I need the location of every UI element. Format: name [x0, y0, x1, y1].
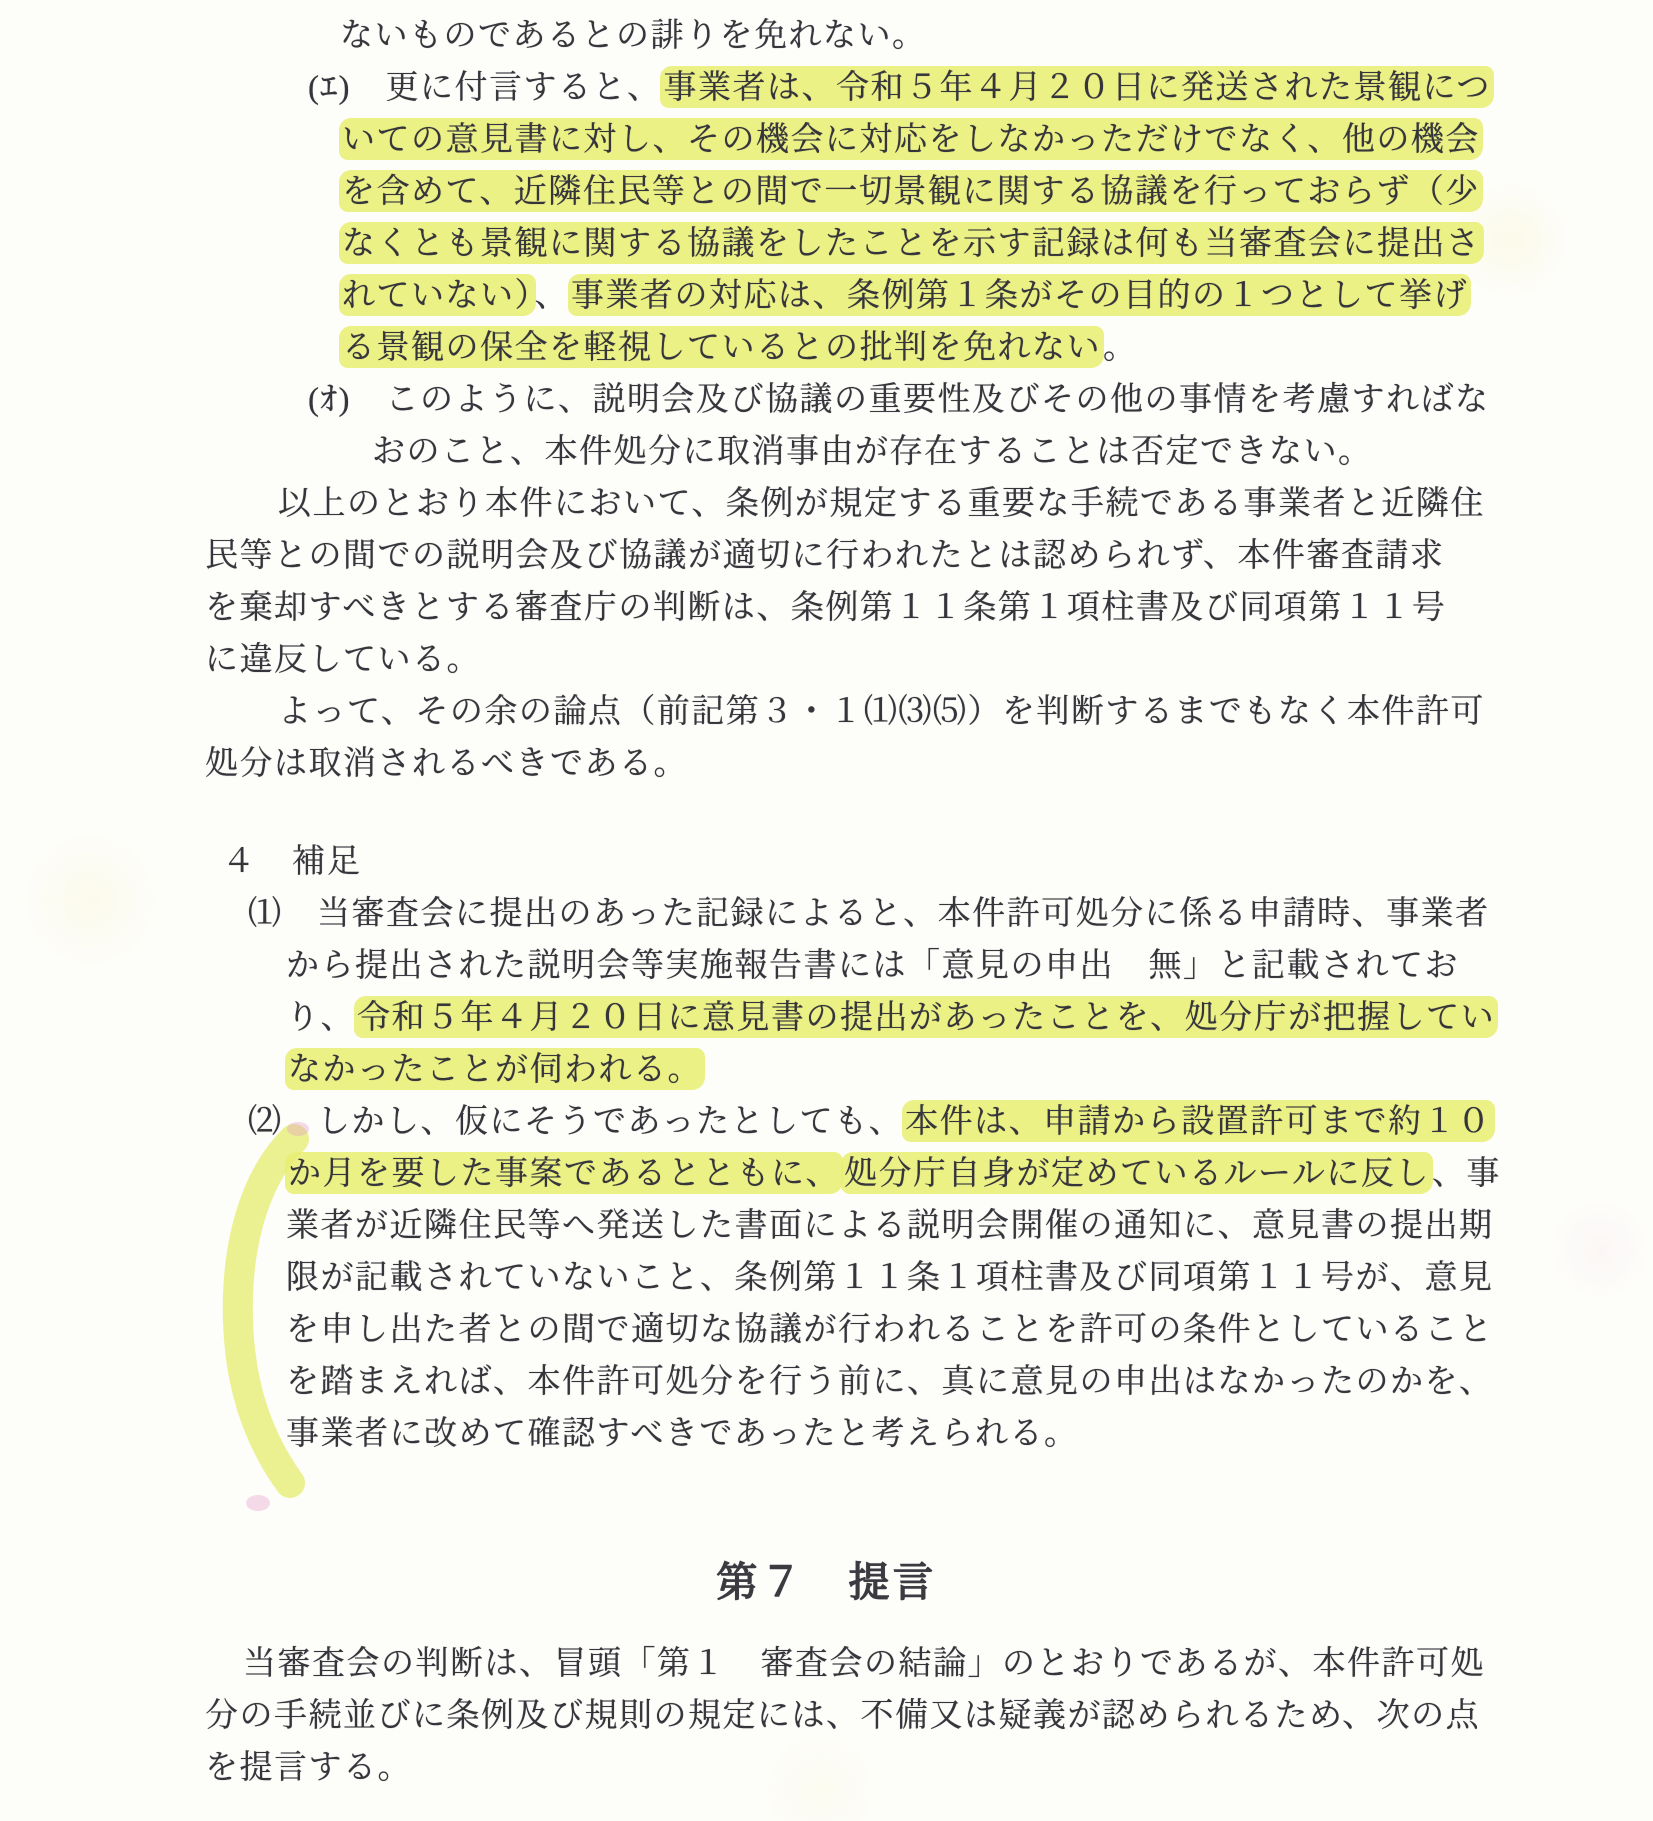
list-item-e: (ｴ) 更に付言すると、事業者は、令和５年４月２０日に発送された景観についての意… — [0, 62, 1653, 374]
text-line: れていない）、事業者の対応は、条例第１条がその目的の１つとして挙げ — [340, 270, 1653, 322]
text-line: 業者が近隣住民等へ発送した書面による説明会開催の通知に、意見書の提出期 — [286, 1200, 1653, 1252]
text-line: を棄却すべきとする審査庁の判断は、条例第１１条第１項柱書及び同項第１１号 — [205, 582, 1653, 634]
text-segment: 、 — [535, 278, 570, 314]
section-heading-hosoku: ４ 補足 — [222, 836, 1653, 888]
text-segment: 業者が近隣住民等へ発送した書面による説明会開催の通知に、意見書の提出期 — [286, 1208, 1494, 1244]
highlighted-text: を含めて、近隣住民等との間で一切景観に関する協議を行っておらず（少 — [339, 170, 1483, 212]
text-line: に違反している。 — [205, 634, 1653, 686]
text-line: を提言する。 — [205, 1742, 1653, 1794]
text-segment: を申し出た者との間で適切な協議が行われることを許可の条件としていること — [286, 1312, 1494, 1348]
text-line: 処分は取消されるべきである。 — [205, 738, 1653, 790]
text-line: 当審査会の判断は、冒頭「第１ 審査会の結論」のとおりであるが、本件許可処 — [243, 1638, 1653, 1690]
highlighted-text: れていない） — [339, 274, 536, 316]
text-line: から提出された説明会等実施報告書には「意見の申出 無」と記載されてお — [286, 940, 1653, 992]
text-line: ⑵ しかし、仮にそうであったとしても、本件は、申請から設置許可まで約１０ — [248, 1096, 1653, 1148]
text-segment: (ｵ) このように、説明会及び協議の重要性及びその他の事情を考慮すればな — [308, 382, 1489, 418]
highlighted-text: 令和５年４月２０日に意見書の提出があったことを、処分庁が把握してい — [354, 996, 1498, 1038]
text-segment: 事業者に改めて確認すべきであったと考えられる。 — [286, 1416, 1079, 1452]
list-item-o: (ｵ) このように、説明会及び協議の重要性及びその他の事情を考慮すればなおのこと… — [0, 374, 1653, 478]
text-line: (ｵ) このように、説明会及び協議の重要性及びその他の事情を考慮すればな — [308, 374, 1653, 426]
text-segment: よって、その余の論点（前記第３・１⑴⑶⑸）を判断するまでもなく本件許可 — [278, 694, 1485, 730]
text-line: 限が記載されていないこと、条例第１１条１項柱書及び同項第１１号が、意見 — [286, 1252, 1653, 1304]
text-line: を踏まえれば、本件許可処分を行う前に、真に意見の申出はなかったのかを、 — [286, 1356, 1653, 1408]
text-line: か月を要した事案であるとともに、処分庁自身が定めているルールに反し、事 — [286, 1148, 1653, 1200]
section-heading-teigen: 第７ 提言 — [0, 1552, 1653, 1612]
text-segment: 。 — [1103, 330, 1138, 366]
highlighted-text: 事業者は、令和５年４月２０日に発送された景観につ — [660, 66, 1493, 108]
text-segment: 処分は取消されるべきである。 — [205, 746, 688, 782]
text-line: ないものであるとの誹りを免れない。 — [340, 10, 1653, 62]
text-line: 民等との間での説明会及び協議が適切に行われたとは認められず、本件審査請求 — [205, 530, 1653, 582]
text-segment: を棄却すべきとする審査庁の判断は、条例第１１条第１項柱書及び同項第１１号 — [205, 590, 1446, 626]
text-segment: を提言する。 — [205, 1750, 412, 1786]
text-line: 以上のとおり本件において、条例が規定する重要な手続である事業者と近隣住 — [278, 478, 1653, 530]
text-segment: に違反している。 — [205, 642, 481, 678]
highlighted-text: 処分庁自身が定めているルールに反し — [841, 1152, 1433, 1194]
paragraph-yotte-revocation: よって、その余の論点（前記第３・１⑴⑶⑸）を判断するまでもなく本件許可処分は取消… — [0, 686, 1653, 790]
hosoku-item-2: ⑵ しかし、仮にそうであったとしても、本件は、申請から設置許可まで約１０か月を要… — [0, 1096, 1653, 1460]
text-segment: 当審査会の判断は、冒頭「第１ 審査会の結論」のとおりであるが、本件許可処 — [243, 1646, 1485, 1682]
text-line: り、令和５年４月２０日に意見書の提出があったことを、処分庁が把握してい — [286, 992, 1653, 1044]
text-segment: ⑵ しかし、仮にそうであったとしても、 — [248, 1104, 903, 1140]
text-segment: おのこと、本件処分に取消事由が存在することは否定できない。 — [372, 434, 1373, 470]
hosoku-item-1: ⑴ 当審査会に提出のあった記録によると、本件許可処分に係る申請時、事業者から提出… — [0, 888, 1653, 1096]
text-line: る景観の保全を軽視しているとの批判を免れない。 — [340, 322, 1653, 374]
text-line: いての意見書に対し、その機会に対応をしなかっただけでなく、他の機会 — [340, 114, 1653, 166]
text-line: を申し出た者との間で適切な協議が行われることを許可の条件としていること — [286, 1304, 1653, 1356]
text-segment: 、事 — [1432, 1156, 1501, 1192]
highlighted-text: る景観の保全を軽視しているとの批判を免れない — [339, 326, 1104, 368]
text-segment: 分の手続並びに条例及び規則の規定には、不備又は疑義が認められるため、次の点 — [205, 1698, 1480, 1734]
text-line: 事業者に改めて確認すべきであったと考えられる。 — [286, 1408, 1653, 1460]
highlighted-text: か月を要した事案であるとともに、 — [285, 1152, 843, 1194]
text-line: よって、その余の論点（前記第３・１⑴⑶⑸）を判断するまでもなく本件許可 — [278, 686, 1653, 738]
text-segment: ないものであるとの誹りを免れない。 — [340, 18, 927, 54]
text-segment: 限が記載されていないこと、条例第１１条１項柱書及び同項第１１号が、意見 — [286, 1260, 1494, 1296]
text-line: (ｴ) 更に付言すると、事業者は、令和５年４月２０日に発送された景観につ — [308, 62, 1653, 114]
text-segment: 民等との間での説明会及び協議が適切に行われたとは認められず、本件審査請求 — [205, 538, 1444, 574]
highlighted-text: 本件は、申請から設置許可まで約１０ — [902, 1100, 1495, 1142]
highlighted-text: 事業者の対応は、条例第１条がその目的の１つとして挙げ — [568, 274, 1471, 316]
paragraph-conclusion-violation: 以上のとおり本件において、条例が規定する重要な手続である事業者と近隣住民等との間… — [0, 478, 1653, 686]
text-segment: ⑴ 当審査会に提出のあった記録によると、本件許可処分に係る申請時、事業者 — [248, 896, 1490, 932]
paragraph-intro-continuation: ないものであるとの誹りを免れない。 — [0, 10, 1653, 62]
text-segment: を踏まえれば、本件許可処分を行う前に、真に意見の申出はなかったのかを、 — [286, 1364, 1494, 1400]
text-line: を含めて、近隣住民等との間で一切景観に関する協議を行っておらず（少 — [340, 166, 1653, 218]
text-segment: り、 — [286, 1000, 355, 1036]
text-line: おのこと、本件処分に取消事由が存在することは否定できない。 — [372, 426, 1653, 478]
scanned-document-page: { "document": { "highlight_color": "rgba… — [0, 0, 1653, 1821]
paragraph-teigen-intro: 当審査会の判断は、冒頭「第１ 審査会の結論」のとおりであるが、本件許可処分の手続… — [0, 1638, 1653, 1794]
highlighted-text: なくとも景観に関する協議をしたことを示す記録は何も当審査会に提出さ — [339, 222, 1484, 264]
text-line: ⑴ 当審査会に提出のあった記録によると、本件許可処分に係る申請時、事業者 — [248, 888, 1653, 940]
highlighted-text: いての意見書に対し、その機会に対応をしなかっただけでなく、他の機会 — [339, 118, 1483, 160]
text-segment: 以上のとおり本件において、条例が規定する重要な手続である事業者と近隣住 — [278, 486, 1485, 522]
text-line: なかったことが伺われる。 — [286, 1044, 1653, 1096]
text-line: 分の手続並びに条例及び規則の規定には、不備又は疑義が認められるため、次の点 — [205, 1690, 1653, 1742]
text-segment: から提出された説明会等実施報告書には「意見の申出 無」と記載されてお — [286, 948, 1459, 984]
document-body: ないものであるとの誹りを免れない。 (ｴ) 更に付言すると、事業者は、令和５年４… — [0, 10, 1653, 1794]
text-segment: (ｴ) 更に付言すると、 — [308, 70, 661, 106]
text-line: なくとも景観に関する協議をしたことを示す記録は何も当審査会に提出さ — [340, 218, 1653, 270]
highlighted-text: なかったことが伺われる。 — [285, 1048, 705, 1090]
